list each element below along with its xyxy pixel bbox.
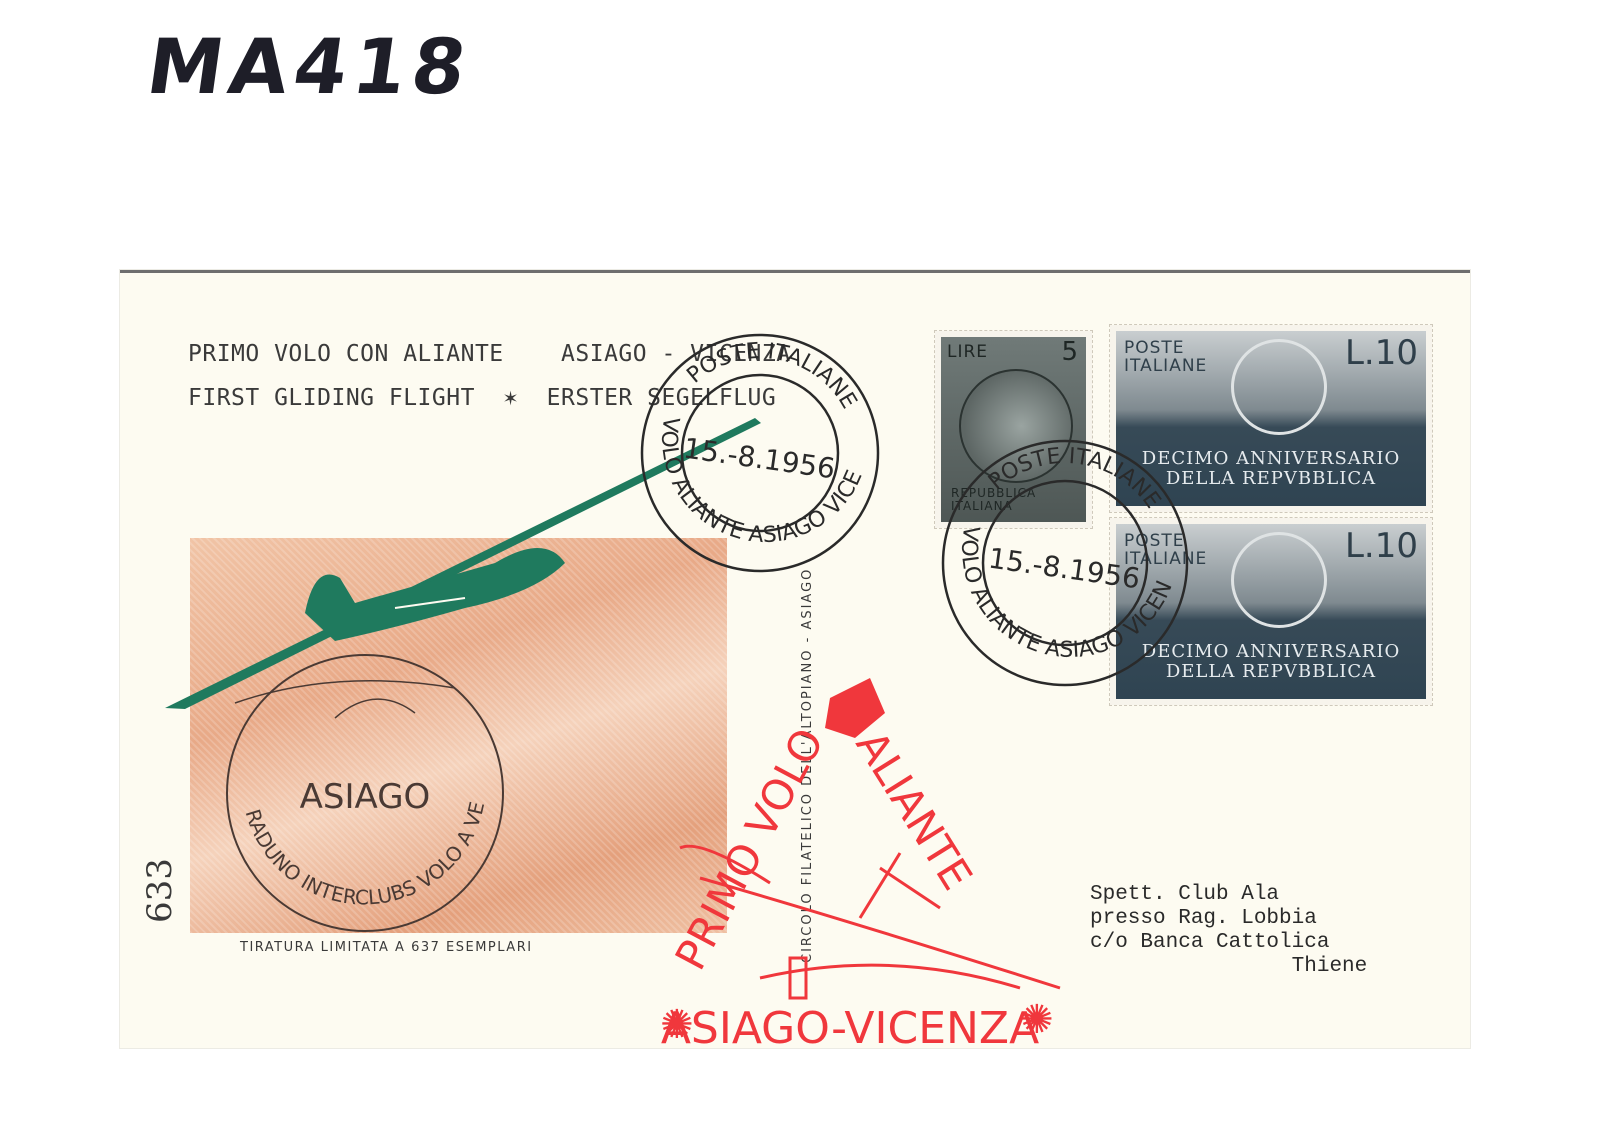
red-cachet-left-text: PRIMO VOLO xyxy=(666,720,834,977)
republic-emblem-star-icon xyxy=(1231,532,1327,628)
address-line4: Thiene xyxy=(1090,955,1367,978)
vignette-cachet-center: ASIAGO xyxy=(300,777,431,817)
envelope-cover: PRIMO VOLO CON ALIANTE ASIAGO - VICENZA … xyxy=(120,270,1470,1048)
stamp-value: 5 xyxy=(1061,337,1078,367)
stamp-value: L.10 xyxy=(1345,333,1418,373)
stamp-value: L.10 xyxy=(1345,526,1418,566)
edelweiss-left-icon: ✺ xyxy=(660,1002,694,1048)
svg-text:POSTE ITALIANE: POSTE ITALIANE xyxy=(678,305,871,453)
republic-emblem-star-icon xyxy=(1231,339,1327,435)
red-flight-cachet: PRIMO VOLO ALIANTE ASIAGO-VICENZA ✺ ✺ xyxy=(640,668,1090,1053)
postmark-2: POSTE ITALIANE VOLO ALIANTE ASIAGO VICEN… xyxy=(935,433,1195,693)
postmark-date: 15.-8.1956 xyxy=(986,541,1142,595)
address-line3: c/o Banca Cattolica xyxy=(1090,931,1329,954)
edelweiss-right-icon: ✺ xyxy=(1020,997,1054,1043)
address-line2: presso Rag. Lobbia xyxy=(1090,907,1317,930)
postmark-1: POSTE ITALIANE VOLO ALIANTE ASIAGO VICEN… xyxy=(635,328,885,578)
serial-number: 633 xyxy=(140,858,180,923)
red-cachet-bottom-text: ASIAGO-VICENZA xyxy=(661,1003,1039,1054)
stamp-header: POSTE ITALIANE xyxy=(1124,339,1214,375)
recipient-address: Spett. Club Ala presso Rag. Lobbia c/o B… xyxy=(1090,883,1367,979)
postmark-date: 15.-8.1956 xyxy=(681,431,837,485)
limited-edition-caption: TIRATURA LIMITATA A 637 ESEMPLARI xyxy=(240,940,533,955)
stamp-currency: LIRE xyxy=(947,343,988,361)
address-line1: Spett. Club Ala xyxy=(1090,883,1279,906)
svg-text:VOLO ALIANTE ASIAGO VICENZA: VOLO ALIANTE ASIAGO VICENZA xyxy=(603,272,912,579)
red-cachet-right-text: ALIANTE xyxy=(847,722,982,898)
inventory-label: MA418 xyxy=(142,22,478,111)
